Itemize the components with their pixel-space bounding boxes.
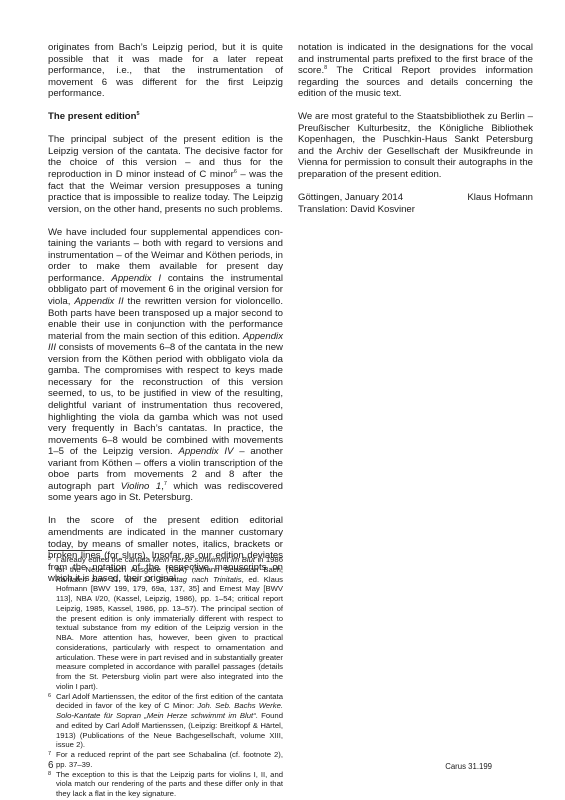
intro-paragraph: originates from Bach’s Leipzig period, b…: [48, 42, 283, 100]
place-date: Göttingen, January 2014: [298, 192, 403, 204]
footnote-number: 5: [48, 555, 56, 692]
text-run: consists of movements 6–8 of the cantata…: [48, 342, 283, 457]
acknowledgements-paragraph: We are most grateful to the Staatsbiblio…: [298, 111, 533, 180]
appendix-ref: Appendix I: [111, 273, 161, 284]
footnote-6: 6 Carl Adolf Martienssen, the editor of …: [48, 692, 283, 751]
footnote-text: For a reduced reprint of the part see Sc…: [56, 750, 283, 770]
work-title: Kantaten zum 11. und 12. Sonntag nach Tr…: [56, 575, 242, 584]
present-edition-paragraph: The principal subject of the present edi…: [48, 134, 283, 215]
footnote-text: I already edited the cantata Mein Herze …: [56, 555, 283, 692]
work-title: Mein Herze schwimmt im Blut: [152, 555, 255, 564]
text-run: , ed. Klaus Hofmann [BWV 199, 179, 69a, …: [56, 575, 283, 691]
author-name: Klaus Hofmann: [467, 192, 533, 204]
footnotes: 5 I already edited the cantata Mein Herz…: [48, 555, 283, 799]
footnote-ref[interactable]: 5: [137, 111, 140, 117]
footnote-7: 7 For a reduced reprint of the part see …: [48, 750, 283, 770]
appendix-ref: Appendix IV: [179, 446, 234, 457]
text-run: The Critical Report provides information…: [298, 65, 533, 99]
catalog-number: Carus 31.199: [445, 762, 492, 771]
page-number: 6: [48, 760, 53, 771]
left-column: originates from Bach’s Leipzig period, b…: [48, 42, 283, 596]
footnote-number: 8: [48, 770, 56, 799]
footnote-5: 5 I already edited the cantata Mein Herz…: [48, 555, 283, 692]
section-heading: The present edition5: [48, 111, 283, 123]
part-name: Violino 1: [121, 481, 161, 492]
heading-text: The present edition: [48, 111, 137, 122]
notation-paragraph: notation is indicated in the designation…: [298, 42, 533, 100]
translator-credit: Translation: David Kosviner: [298, 204, 533, 216]
footnote-number: 6: [48, 692, 56, 751]
footnote-text: The exception to this is that the Leipzi…: [56, 770, 283, 799]
right-column: notation is indicated in the designation…: [298, 42, 533, 215]
signature-line: Göttingen, January 2014 Klaus Hofmann: [298, 192, 533, 204]
footnote-text: Carl Adolf Martienssen, the editor of th…: [56, 692, 283, 751]
footnote-8: 8 The exception to this is that the Leip…: [48, 770, 283, 799]
footnote-divider: [48, 550, 102, 551]
appendix-ref: Appen­dix II: [74, 296, 123, 307]
text-run: I already edited the cantata: [56, 555, 152, 564]
appendices-paragraph: We have included four supplemental appen…: [48, 227, 283, 504]
